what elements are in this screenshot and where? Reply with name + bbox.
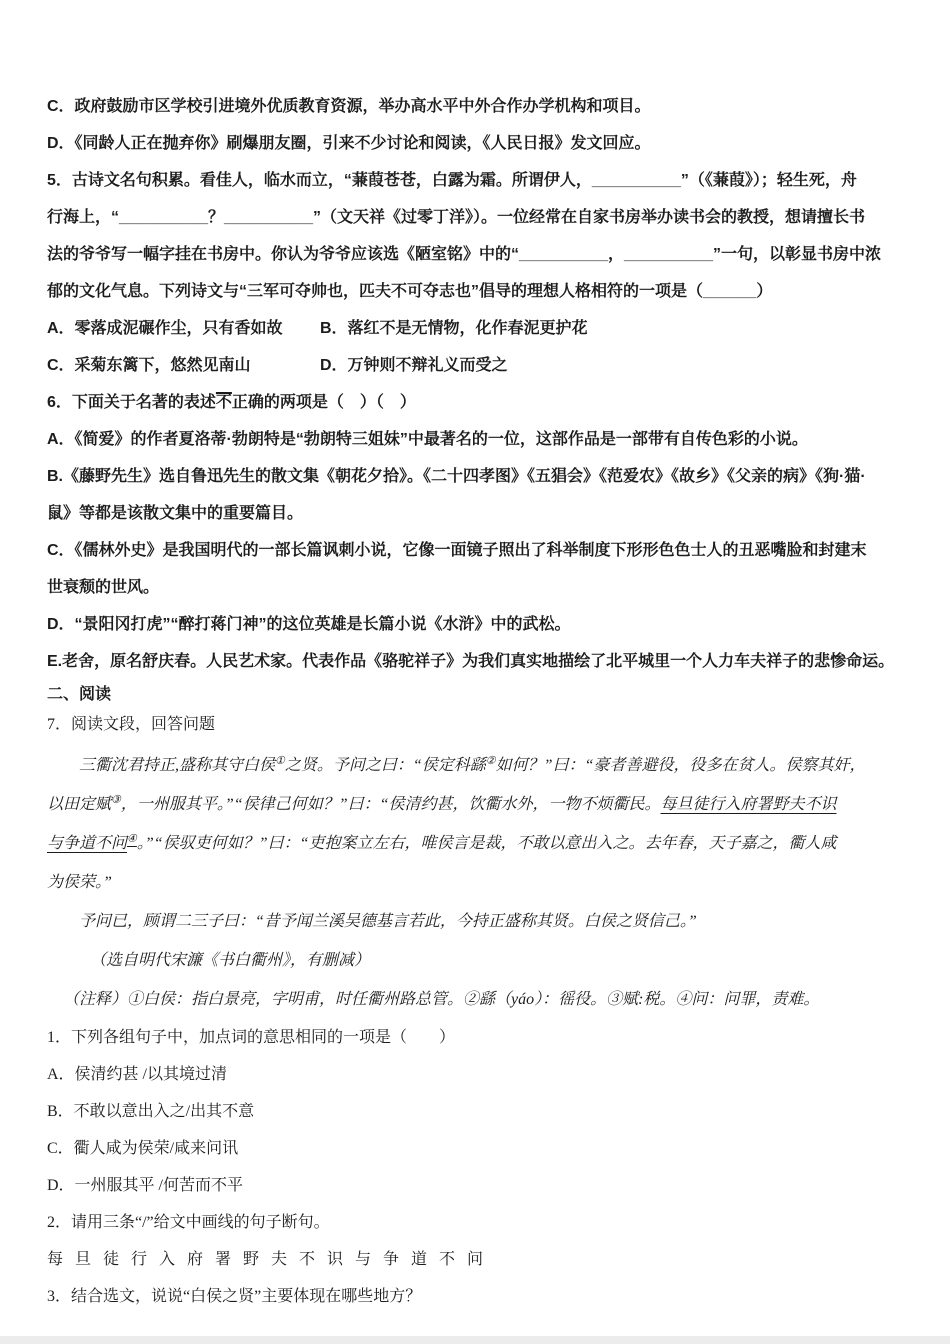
note-ref-1: ① bbox=[275, 755, 285, 767]
passage-line-1: 三衢沈君持正,盛称其守白侯①之贤。予问之曰：“侯定科繇②如何？”曰：“豪者善避役… bbox=[47, 746, 912, 785]
passage-text: ，一州服其平。”“侯律己何如？”曰：“侯清约甚，饮衢水外，一物不烦衢民。 bbox=[121, 796, 661, 813]
section-2-title: 二、阅读 bbox=[47, 680, 912, 710]
question-5-stem-line3: 法的爷爷写一幅字挂在书房中。你认为爷爷应该选《陋室铭》中的“__________… bbox=[47, 236, 912, 273]
passage-line-5: 予问已，顾谓二三子曰：“昔予闻兰溪吴德基言若此，今持正盛称其贤。白侯之贤信己。” bbox=[47, 902, 912, 941]
passage-notes: （注释）①白侯：指白景亮，字明甫，时任衢州路总管。②繇（yáo）：徭役。③赋:税… bbox=[47, 980, 912, 1019]
question-5-option-a: A．零落成泥碾作尘，只有香如故 bbox=[47, 310, 320, 347]
subquestion-2-sentence: 每 旦 徒 行 入 府 署 野 夫 不 识 与 争 道 不 问 bbox=[47, 1241, 912, 1278]
subquestion-1-stem: 1．下列各组句子中，加点词的意思相同的一项是（ ） bbox=[47, 1019, 912, 1056]
question-6-option-b-line2: 鼠》等都是该散文集中的重要篇目。 bbox=[47, 495, 912, 532]
question-5-option-b: B．落红不是无情物，化作春泥更护花 bbox=[320, 320, 588, 337]
question-6-option-b-line1: B.《藤野先生》选自鲁迅先生的散文集《朝花夕拾》。《二十四孝图》《五猖会》《范爱… bbox=[47, 458, 912, 495]
passage-text: 三衢沈君持正,盛称其守白侯 bbox=[79, 757, 275, 774]
passage-underlined-text: 每旦徒行入府署野夫不识 bbox=[661, 796, 837, 813]
passage-line-3: 与争道不问④。”“侯驭吏何如？”曰：“吏抱案立左右，唯侯言是裁，不敢以意出入之。… bbox=[47, 824, 912, 863]
subquestion-1-option-c: C．衢人咸为侯荣/咸来问讯 bbox=[47, 1130, 912, 1167]
question-5-options-row1: A．零落成泥碾作尘，只有香如故B．落红不是无情物，化作春泥更护花 bbox=[47, 310, 912, 347]
question-5-option-c: C．采菊东篱下，悠然见南山 bbox=[47, 347, 320, 384]
question-5-stem-line2: 行海上，“__________？__________”（文天祥《过零丁洋》）。一… bbox=[47, 199, 912, 236]
question-6-stem: 6．下面关于名著的表述不正确的两项是（ ）（ ） bbox=[47, 384, 912, 421]
question-6-stem-post: 正确的两项是（ ）（ ） bbox=[232, 394, 416, 411]
passage-line-4: 为侯荣。” bbox=[47, 863, 912, 902]
subquestion-1-option-a: A．侯清约甚 /以其境过清 bbox=[47, 1056, 912, 1093]
question-6-option-a: A．《简爱》的作者夏洛蒂·勃朗特是“勃朗特三姐妹”中最著名的一位，这部作品是一部… bbox=[47, 421, 912, 458]
passage-text: 。”“侯驭吏何如？”曰：“吏抱案立左右，唯侯言是裁，不敢以意出入之。去年春，天子… bbox=[137, 835, 837, 852]
passage-text: 之贤。予问之曰：“侯定科繇 bbox=[285, 757, 486, 774]
question-6-option-e: E.老舍，原名舒庆春。人民艺术家。代表作品《骆驼祥子》为我们真实地描绘了北平城里… bbox=[47, 643, 912, 680]
page-bottom-edge bbox=[0, 1336, 950, 1344]
question-6-stem-pre: 6．下面关于名著的表述 bbox=[47, 394, 216, 411]
question-6-option-d: D．“景阳冈打虎”“醉打蒋门神”的这位英雄是长篇小说《水浒》中的武松。 bbox=[47, 606, 912, 643]
passage-underlined-text: 与争道不问 bbox=[47, 835, 127, 852]
subquestion-2-stem: 2．请用三条“/”给文中画线的句子断句。 bbox=[47, 1204, 912, 1241]
question-5-option-d: D．万钟则不辩礼义而受之 bbox=[320, 357, 508, 374]
question-7-stem: 7．阅读文段，回答问题 bbox=[47, 710, 912, 740]
question-6-option-c-line2: 世衰颓的世风。 bbox=[47, 569, 912, 606]
passage-text: 以田定赋 bbox=[47, 796, 111, 813]
classical-passage: 三衢沈君持正,盛称其守白侯①之贤。予问之曰：“侯定科繇②如何？”曰：“豪者善避役… bbox=[47, 746, 912, 1019]
question-5-stem-line1: 5．古诗文名句积累。看佳人，临水而立，“蒹葭苍苍，白露为霜。所谓伊人，_____… bbox=[47, 162, 912, 199]
note-ref-3: ③ bbox=[111, 794, 121, 806]
prev-question-option-d: D．《同龄人正在抛弃你》刷爆朋友圈，引来不少讨论和阅读，《人民日报》发文回应。 bbox=[47, 125, 912, 162]
prev-question-option-c: C．政府鼓励市区学校引进境外优质教育资源，举办高水平中外合作办学机构和项目。 bbox=[47, 88, 912, 125]
note-ref-2: ② bbox=[486, 755, 496, 767]
subquestion-1-option-d: D．一州服其平 /何苦而不平 bbox=[47, 1167, 912, 1204]
question-6-option-c-line1: C．《儒林外史》是我国明代的一部长篇讽刺小说，它像一面镜子照出了科举制度下形形色… bbox=[47, 532, 912, 569]
question-5-options-row2: C．采菊东篱下，悠然见南山D．万钟则不辩礼义而受之 bbox=[47, 347, 912, 384]
passage-line-2: 以田定赋③，一州服其平。”“侯律己何如？”曰：“侯清约甚，饮衢水外，一物不烦衢民… bbox=[47, 785, 912, 824]
exam-page: C．政府鼓励市区学校引进境外优质教育资源，举办高水平中外合作办学机构和项目。 D… bbox=[0, 0, 950, 1315]
passage-source: （选自明代宋濂《书白衢州》，有删减） bbox=[47, 941, 912, 980]
subquestion-1-option-b: B．不敢以意出入之/出其不意 bbox=[47, 1093, 912, 1130]
passage-text: 如何？”曰：“豪者善避役，役多在贫人。侯察其奸， bbox=[496, 757, 866, 774]
note-ref-4: ④ bbox=[127, 833, 137, 845]
subquestion-3-stem: 3．结合选文，说说“白侯之贤”主要体现在哪些地方？ bbox=[47, 1278, 912, 1315]
question-6-stem-emphasis: 不 bbox=[216, 394, 232, 411]
question-5-stem-line4: 郁的文化气息。下列诗文与“三军可夺帅也，匹夫不可夺志也”倡导的理想人格相符的一项… bbox=[47, 273, 912, 310]
